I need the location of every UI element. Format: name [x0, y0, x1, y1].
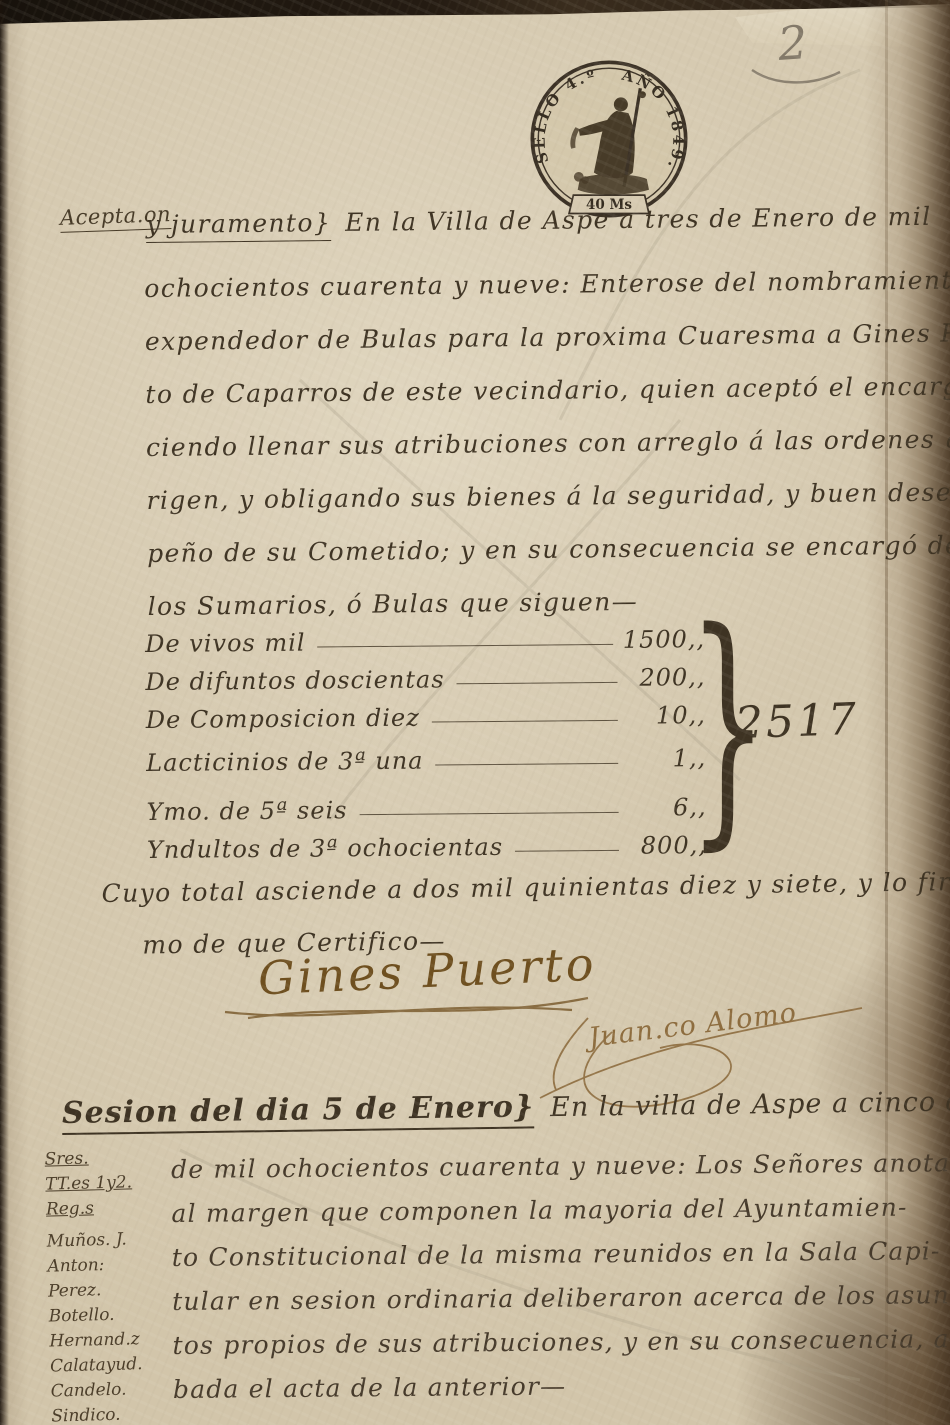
attendee-name: Hernand.z	[49, 1326, 170, 1354]
acta-first-line: y juramento}En la Villa de Aspe a tres d…	[146, 202, 932, 239]
bulas-row-label: Ymo. de 5ª seis	[146, 796, 347, 826]
bulas-row-label: De vivos mil	[145, 629, 306, 658]
bulas-list-row: Ymo. de 5ª seis 6,,	[146, 783, 706, 826]
acta-first-line-text: En la Villa de Aspe a tres de Enero de m…	[345, 202, 932, 237]
attendee-name: Botello.	[48, 1301, 169, 1329]
bulas-list-row: De vivos mil 1500,,	[145, 615, 705, 658]
bulas-total: 2517	[734, 694, 860, 749]
manuscript-line: de mil ochocientos cuarenta y nueve: Los…	[171, 1141, 950, 1192]
page-number-swash	[752, 70, 840, 82]
attendee-name: Calatayud.	[50, 1351, 171, 1379]
leader-line	[360, 812, 619, 815]
bulas-row-label: De Composicion diez	[146, 704, 420, 734]
attendee-name: Anton:	[47, 1251, 168, 1279]
manuscript-line: tular en sesion ordinaria deliberaron ac…	[172, 1273, 950, 1324]
attendee-name: Candelo.	[50, 1376, 171, 1404]
manuscript-line: expendedor de Bulas para la proxima Cuar…	[145, 307, 946, 368]
manuscript-line: rigen, y obligando sus bienes á la segur…	[146, 466, 947, 527]
session-heading-rest: En la villa de Aspe a cinco de Enero	[550, 1085, 950, 1123]
manuscript-line: bada el acta de la anterior—	[173, 1361, 950, 1412]
bulas-row-label: Lacticinios de 3ª una	[146, 747, 424, 777]
bulas-list-row: Yndultos de 3ª ochocientas 800,,	[147, 821, 707, 864]
attendee-name: Reg.s	[46, 1194, 167, 1222]
manuscript-line: to Constitucional de la misma reunidos e…	[172, 1229, 950, 1280]
leader-line	[515, 850, 619, 852]
bulas-account-list: De vivos mil 1500,, De difuntos doscient…	[145, 615, 707, 864]
leader-line	[432, 720, 618, 723]
manuscript-line: al margen que componen la mayoria del Ay…	[171, 1185, 950, 1236]
attendee-name: TT.es 1y2.	[45, 1169, 166, 1197]
attendee-name: Sres.	[44, 1144, 165, 1172]
leader-line	[318, 644, 613, 648]
manuscript-line: ciendo llenar sus atribuciones con arreg…	[146, 413, 947, 474]
attendee-name: Sindico.	[51, 1401, 172, 1425]
revenue-stamp: SELLO 4.º AÑO 1849. 40 Ms	[528, 58, 690, 220]
bulas-row-label: Yndultos de 3ª ochocientas	[147, 833, 503, 864]
session-body-text: de mil ochocientos cuarenta y nueve: Los…	[171, 1141, 950, 1412]
bulas-row-label: De difuntos doscientas	[145, 665, 444, 696]
acta-body-text: ochocientos cuarenta y nueve: Enterose d…	[144, 254, 948, 633]
manuscript-line: to de Caparros de este vecindario, quien…	[145, 360, 946, 421]
bulas-list-row: Lacticinios de 3ª una 1,,	[146, 734, 706, 777]
bulas-list-row: De Composicion diez 10,,	[146, 691, 706, 734]
leader-line	[436, 763, 619, 766]
session-heading-underlined: Sesion del dia 5 de Enero}	[62, 1089, 535, 1135]
session-heading: Sesion del dia 5 de Enero}En la villa de…	[62, 1082, 950, 1131]
folio-number: 2	[776, 15, 809, 71]
attendee-name: Muños. J.	[46, 1226, 167, 1254]
attendee-name: Perez.	[48, 1276, 169, 1304]
scan-left-edge	[0, 0, 9, 1425]
manuscript-line: tos propios de sus atribuciones, y en su…	[172, 1317, 950, 1368]
margin-attendees-list: Sres.TT.es 1y2.Reg.sMuños. J.Anton:Perez…	[44, 1144, 171, 1425]
acta-title-underlined: y juramento}	[146, 208, 332, 243]
manuscript-line: ochocientos cuarenta y nueve: Enterose d…	[144, 254, 945, 315]
leader-line	[457, 682, 618, 684]
manuscript-line: peño de su Cometido; y en su consecuenci…	[147, 519, 948, 580]
manuscript-page: 2 SELLO 4.º AÑO 1849. 40 Ms Acepta.o	[0, 0, 950, 1425]
bulas-list-row: De difuntos doscientas 200,,	[145, 653, 705, 696]
signature-secretary: Juan.co Alomo	[587, 997, 799, 1053]
